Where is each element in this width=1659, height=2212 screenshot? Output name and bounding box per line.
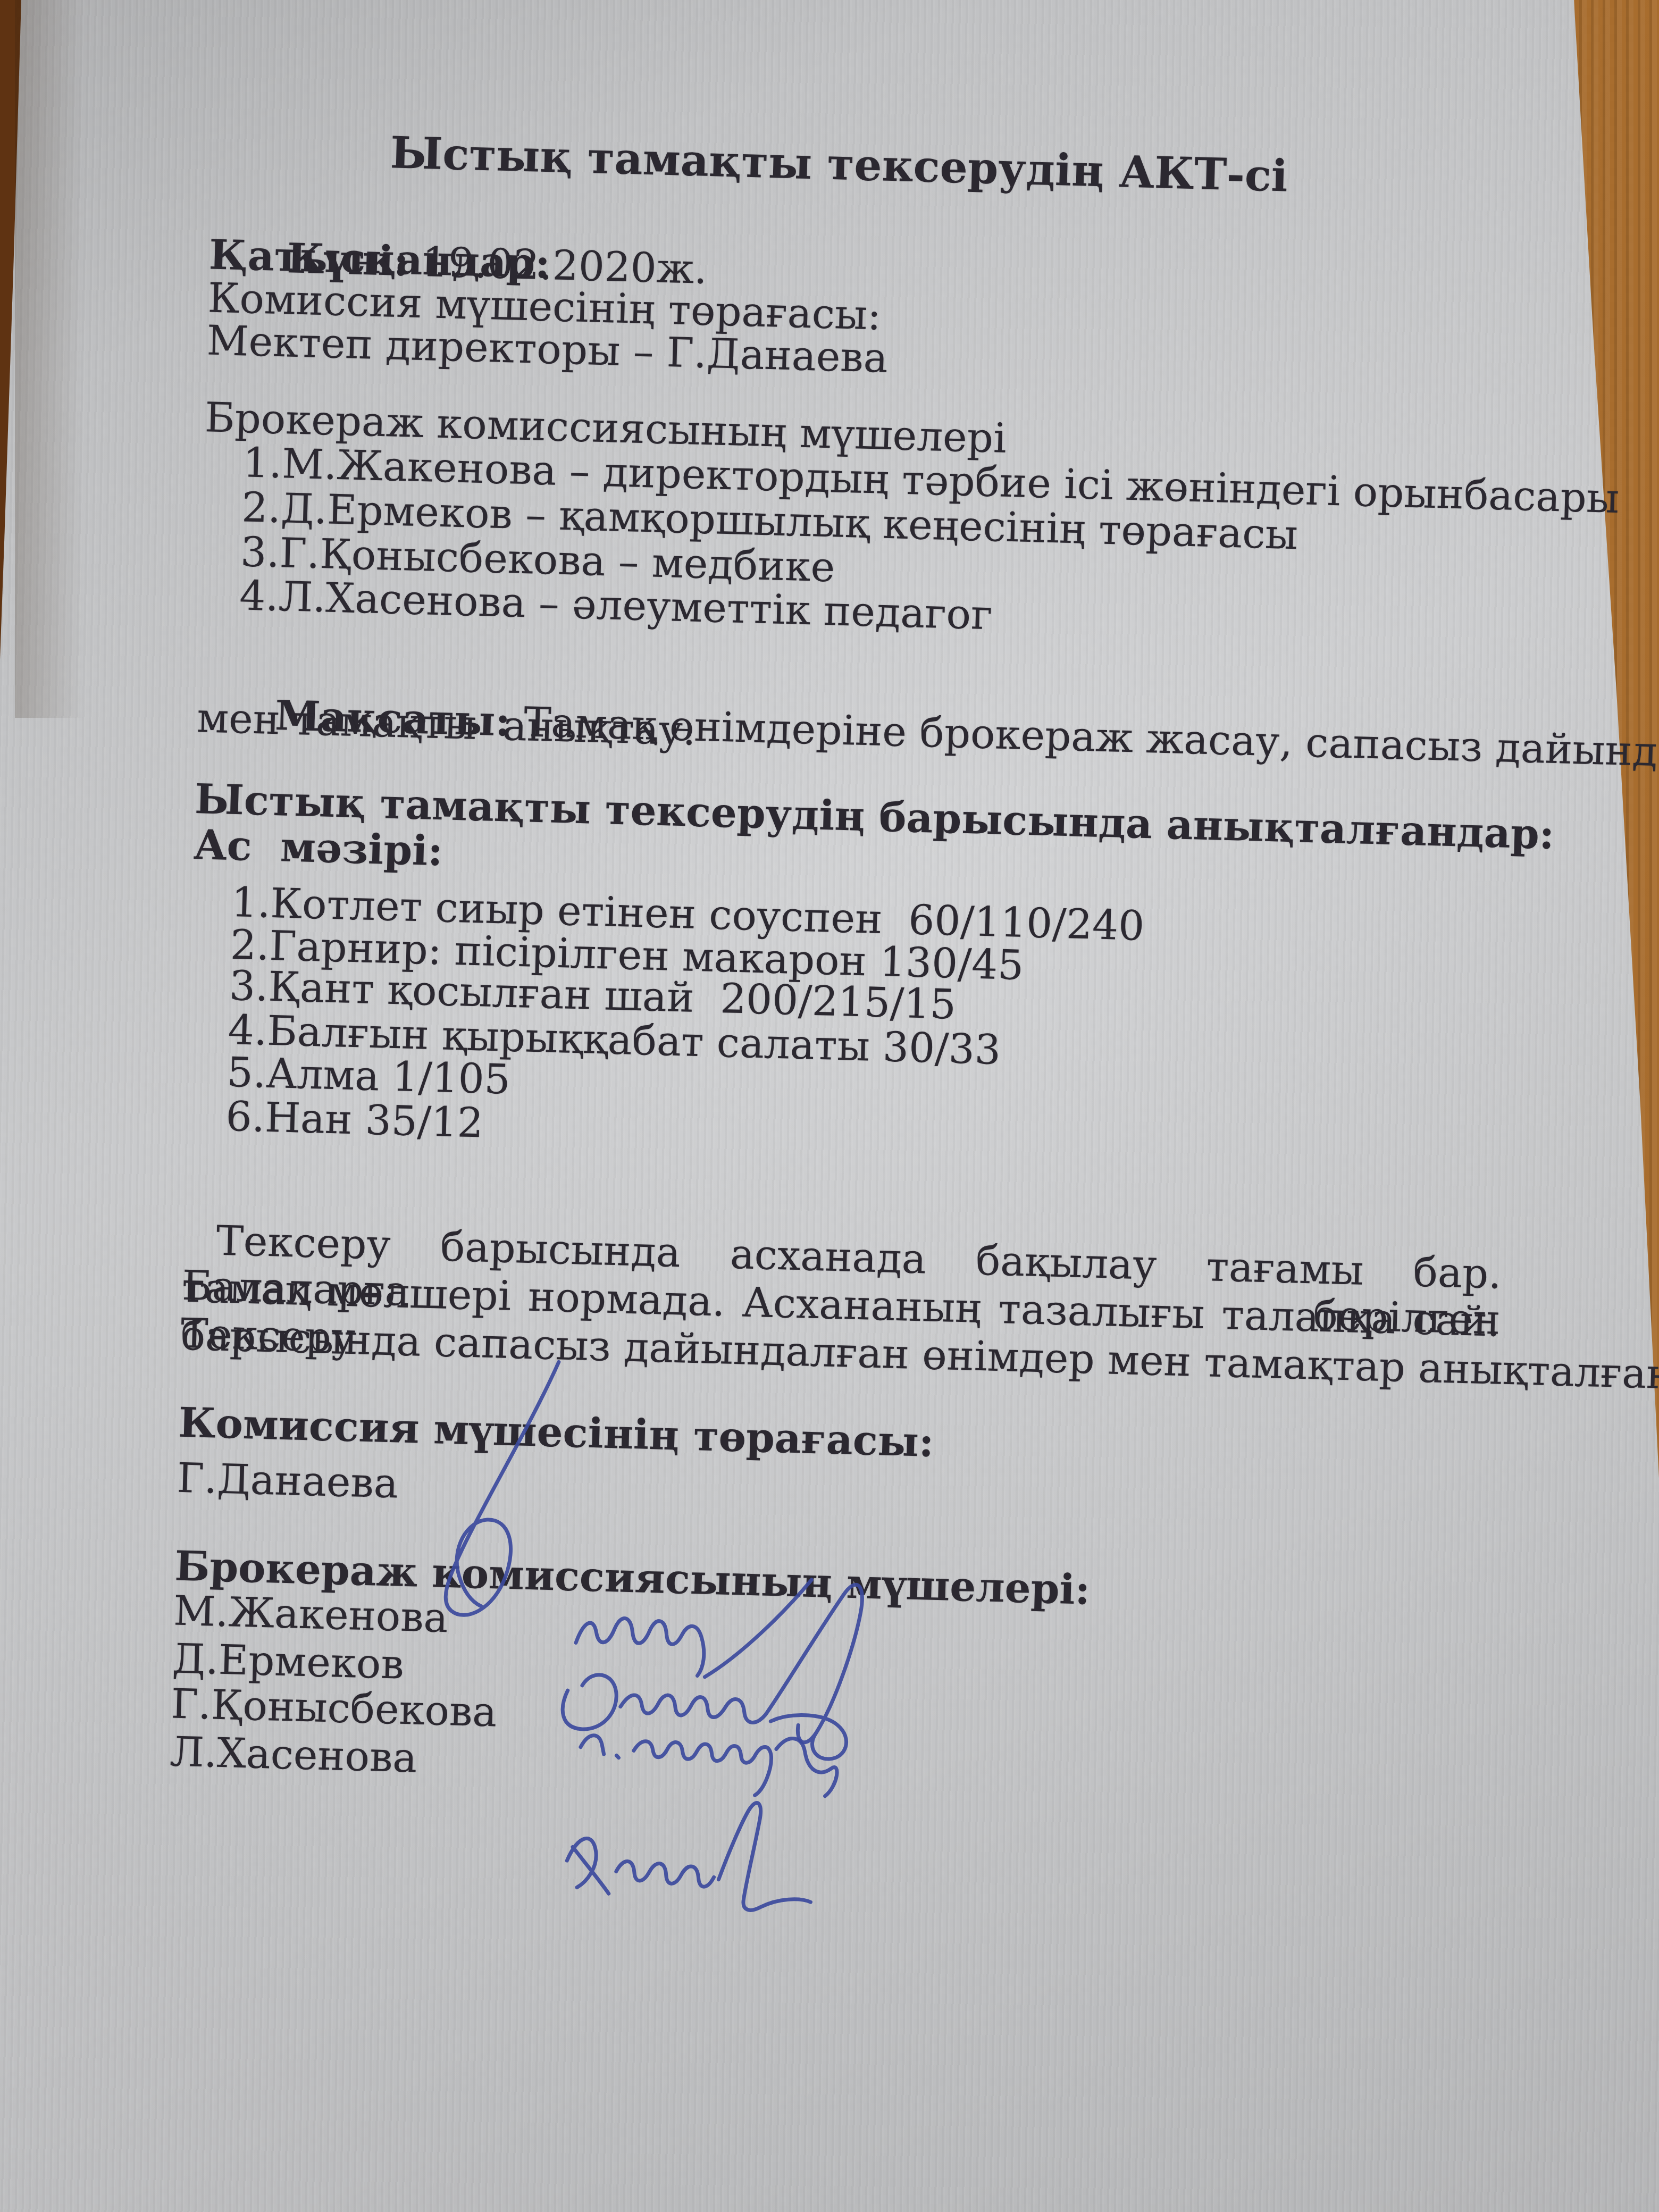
signature-qonysbekova bbox=[580, 1733, 838, 1797]
menu-item-6: 6.Нан 35/12 bbox=[225, 1094, 484, 1147]
signoff-chair-heading: Комиссия мүшесінің төрағасы: bbox=[178, 1400, 934, 1465]
signoff-chair-name: Г.Данаева bbox=[177, 1456, 399, 1507]
signer-name-qonysbekova: Г.Қонысбекова bbox=[171, 1682, 498, 1736]
signer-name-khasenova: Л.Хасенова bbox=[169, 1730, 417, 1782]
document-page: Ыстық тамақты тексерудің АКТ-сі Күні:19.… bbox=[165, 106, 1541, 1948]
commission-member-4: 4.Л.Хасенова – әлеуметтік педагог bbox=[239, 573, 993, 639]
photo-of-document: Ыстық тамақты тексерудің АКТ-сі Күні:19.… bbox=[0, 0, 1659, 2212]
paper-edge-shadow bbox=[15, 0, 84, 718]
menu-heading: Ас мәзірі: bbox=[193, 822, 443, 874]
signature-khasenova bbox=[566, 1798, 813, 1912]
signer-name-ermekov: Д.Ермеков bbox=[172, 1637, 405, 1689]
signer-name-zhakenova: М.Жакенова bbox=[173, 1589, 448, 1642]
